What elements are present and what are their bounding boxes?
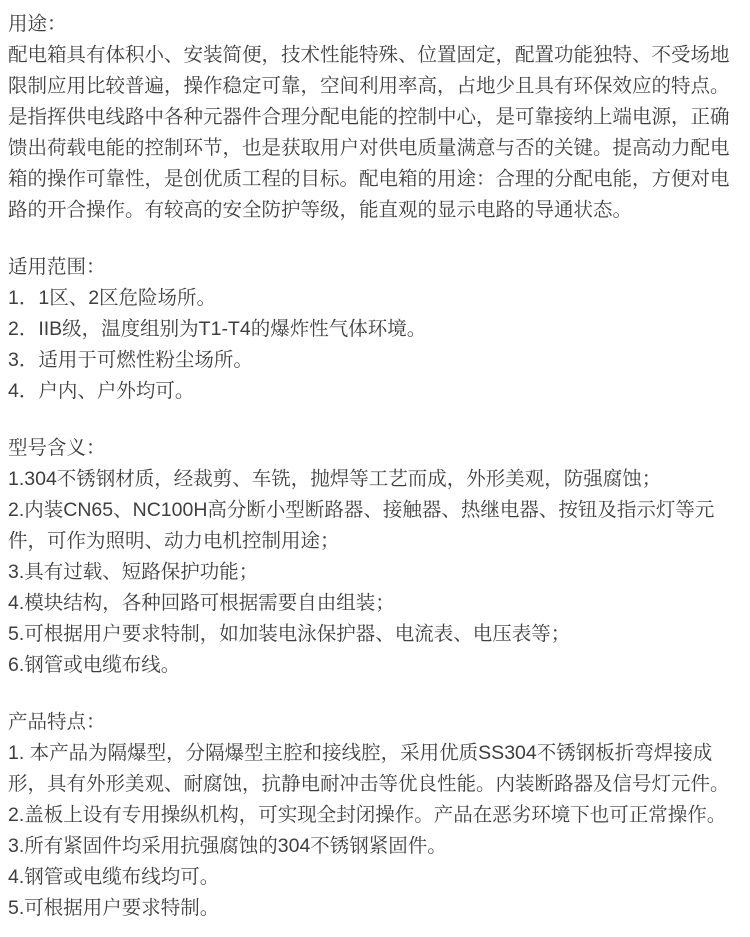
section-heading: 产品特点： — [8, 707, 742, 738]
doc-section: 产品特点：1. 本产品为隔爆型，分隔爆型主腔和接线腔，采用优质SS304不锈钢板… — [8, 707, 742, 924]
paragraph: 2．IIB级，温度组别为T1-T4的爆炸性气体环境。 — [8, 314, 742, 345]
paragraph: 2.内装CN65、NC100H高分断小型断路器、接触器、热继电器、按钮及指示灯等… — [8, 495, 742, 557]
paragraph: 5.可根据用户要求特制，如加装电泳保护器、电流表、电压表等； — [8, 619, 742, 650]
paragraph: 2.盖板上设有专用操纵机构，可实现全封闭操作。产品在恶劣环境下也可正常操作。 — [8, 800, 742, 831]
paragraph: 4.钢管或电缆布线均可。 — [8, 862, 742, 893]
paragraph: 3.所有紧固件均采用抗强腐蚀的304不锈钢紧固件。 — [8, 831, 742, 862]
doc-section: 型号含义：1.304不锈钢材质，经裁剪、车铣，抛焊等工艺而成，外形美观，防强腐蚀… — [8, 433, 742, 681]
paragraph: 3．适用于可燃性粉尘场所。 — [8, 345, 742, 376]
paragraph: 4.模块结构，各种回路可根据需要自由组装； — [8, 588, 742, 619]
section-heading: 适用范围： — [8, 252, 742, 283]
paragraph: 6.钢管或电缆布线。 — [8, 650, 742, 681]
paragraph: 1. 本产品为隔爆型，分隔爆型主腔和接线腔，采用优质SS304不锈钢板折弯焊接成… — [8, 738, 742, 800]
section-heading: 型号含义： — [8, 433, 742, 464]
product-description-document: 用途：配电箱具有体积小、安装简便，技术性能特殊、位置固定，配置功能独特、不受场地… — [0, 0, 750, 934]
paragraph: 5.可根据用户要求特制。 — [8, 893, 742, 924]
paragraph: 配电箱具有体积小、安装简便，技术性能特殊、位置固定，配置功能独特、不受场地限制应… — [8, 40, 742, 226]
doc-section: 用途：配电箱具有体积小、安装简便，技术性能特殊、位置固定，配置功能独特、不受场地… — [8, 9, 742, 226]
paragraph: 1．1区、2区危险场所。 — [8, 283, 742, 314]
doc-section: 适用范围：1．1区、2区危险场所。2．IIB级，温度组别为T1-T4的爆炸性气体… — [8, 252, 742, 407]
paragraph: 1.304不锈钢材质，经裁剪、车铣，抛焊等工艺而成，外形美观，防强腐蚀； — [8, 464, 742, 495]
paragraph: 3.具有过载、短路保护功能； — [8, 557, 742, 588]
paragraph: 4．户内、户外均可。 — [8, 376, 742, 407]
section-heading: 用途： — [8, 9, 742, 40]
